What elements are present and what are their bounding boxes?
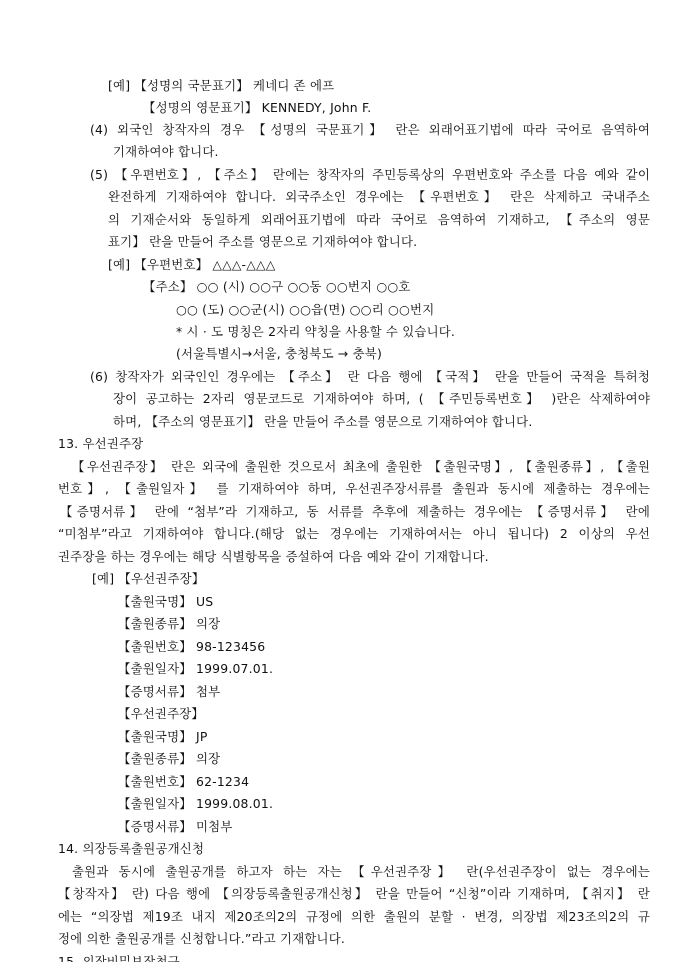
field-label: 【출원종류】 <box>118 751 192 766</box>
field-value: 첨부 <box>196 684 220 699</box>
field-label: 【출원국명】 <box>118 729 192 744</box>
section-13-para-line-5: 권주장을 하는 경우에는 해당 식별항목을 증설하여 다음 예와 같이 기재합니… <box>58 549 489 565</box>
priority-2-country: 【출원국명】 JP <box>118 729 208 745</box>
field-label: 【증명서류】 <box>118 684 192 699</box>
section-14-line-3: 에는 “의장법 제19조 내지 제20조의2의 규정에 의한 출원의 분할 · … <box>58 909 650 925</box>
field-value: 의장 <box>196 751 220 766</box>
priority-2-proof: 【증명서류】 미첨부 <box>118 819 233 835</box>
field-label: 【출원종류】 <box>118 616 192 631</box>
example-label: [예] 【성명의 국문표기】 케네디 존 에프 <box>108 78 334 93</box>
priority-2-heading: 【우선권주장】 <box>118 706 204 722</box>
example-prefix: [예] 【성명의 국문표기】 케네디 존 에프 <box>108 78 334 94</box>
address-note: * 시 · 도 명칭은 2자리 약칭을 사용할 수 있습니다. <box>176 324 455 340</box>
section-13-para-line-2: 번호】, 【출원일자】 를 기재하여야 하며, 우선권주장서류를 출원과 동시에… <box>58 481 650 497</box>
english-name-text: 【성명의 영문표기】 KENNEDY, John F. <box>143 100 371 115</box>
section-13-para-line-4: “미첨부”라고 기재하여야 합니다.(해당 없는 경우에는 기재하여서는 아니 … <box>58 526 650 542</box>
priority-1-country: 【출원국명】 US <box>118 594 213 610</box>
section-13-para-line-3: 【증명서류】 란에 “첨부”라 기재하고, 동 서류를 추후에 제출하는 경우에… <box>60 504 650 520</box>
address-example-1: 【주소】 ○○ (시) ○○구 ○○동 ○○번지 ○○호 <box>143 279 411 295</box>
priority-1-number: 【출원번호】 98-123456 <box>118 639 265 655</box>
field-label: 【출원일자】 <box>118 661 192 676</box>
priority-1-proof: 【증명서류】 첨부 <box>118 684 220 700</box>
priority-1-date: 【출원일자】 1999.07.01. <box>118 661 273 677</box>
priority-2-number: 【출원번호】 62-1234 <box>118 774 249 790</box>
item-4-line-1: (4) 외국인 창작자의 경우 【성명의 국문표기】 란은 외래어표기법에 따라… <box>90 122 650 138</box>
field-label: 【출원국명】 <box>118 594 192 609</box>
section-14-line-4: 정에 의한 출원공개를 신청합니다.”라고 기재합니다. <box>58 931 345 947</box>
priority-2-type: 【출원종류】 의장 <box>118 751 220 767</box>
field-label: 【출원번호】 <box>118 774 192 789</box>
field-label: 【출원일자】 <box>118 796 192 811</box>
field-value: 의장 <box>196 616 220 631</box>
postal-example: [예] 【우편번호】 △△△-△△△ <box>108 257 275 273</box>
priority-2-date: 【출원일자】 1999.08.01. <box>118 796 273 812</box>
item-4-line-2: 기재하여야 합니다. <box>113 144 219 160</box>
item-5-line-3: 의 기재순서와 동일하게 외래어표기법에 따라 국어로 음역하여 기재하고, 【… <box>108 212 650 228</box>
field-value: 98-123456 <box>196 639 265 654</box>
item-6-line-1: (6) 창작자가 외국인인 경우에는 【주소】 란 다음 행에 【국적】 란을 … <box>90 369 650 385</box>
item-6-line-2: 장이 공고하는 2자리 영문코드로 기재하여야 하며, ( 【주민등록번호】 )… <box>113 391 650 407</box>
item-6-line-3: 하며, 【주소의 영문표기】 란을 만들어 주소를 영문으로 기재하여야 합니다… <box>113 414 532 430</box>
section-15-heading: 15. 의장비밀보장청구 <box>58 954 180 962</box>
english-name-line: 【성명의 영문표기】 KENNEDY, John F. <box>143 100 371 116</box>
section-14-line-1: 출원과 동시에 출원공개를 하고자 하는 자는 【우선권주장】 란(우선권주장이… <box>72 864 650 880</box>
item-5-line-2: 완전하게 기재하여야 합니다. 외국주소인 경우에는 【우편번호】 란은 삭제하… <box>108 189 650 205</box>
field-label: 【출원번호】 <box>118 639 192 654</box>
item-5-line-1: (5) 【우편번호】, 【주소】 란에는 창작자의 주민등록상의 우편번호와 주… <box>90 167 650 183</box>
field-label: 【증명서류】 <box>118 819 192 834</box>
field-value: JP <box>196 729 208 744</box>
field-value: 1999.07.01. <box>196 661 273 676</box>
section-14-heading: 14. 의장등록출원공개신청 <box>58 841 204 857</box>
section-14-line-2: 【창작자】 란) 다음 행에 【의장등록출원공개신청】 란을 만들어 “신청”이… <box>58 886 650 902</box>
address-example-2: ○○ (도) ○○군(시) ○○읍(면) ○○리 ○○번지 <box>176 302 434 318</box>
item-5-line-4: 표기】 란을 만들어 주소를 영문으로 기재하여야 합니다. <box>108 234 417 250</box>
field-value: 1999.08.01. <box>196 796 273 811</box>
priority-1-type: 【출원종류】 의장 <box>118 616 220 632</box>
section-13-heading: 13. 우선권주장 <box>58 436 143 452</box>
field-value: 62-1234 <box>196 774 249 789</box>
section-13-para-line-1: 【우선권주장】 란은 외국에 출원한 것으로서 최초에 출원한 【출원국명】, … <box>72 459 650 475</box>
field-value: US <box>196 594 213 609</box>
field-value: 미첨부 <box>196 819 233 834</box>
address-note-example: (서울특별시→서울, 충청북도 → 충북) <box>176 346 382 362</box>
priority-example-heading: [예] 【우선권주장】 <box>92 571 204 587</box>
